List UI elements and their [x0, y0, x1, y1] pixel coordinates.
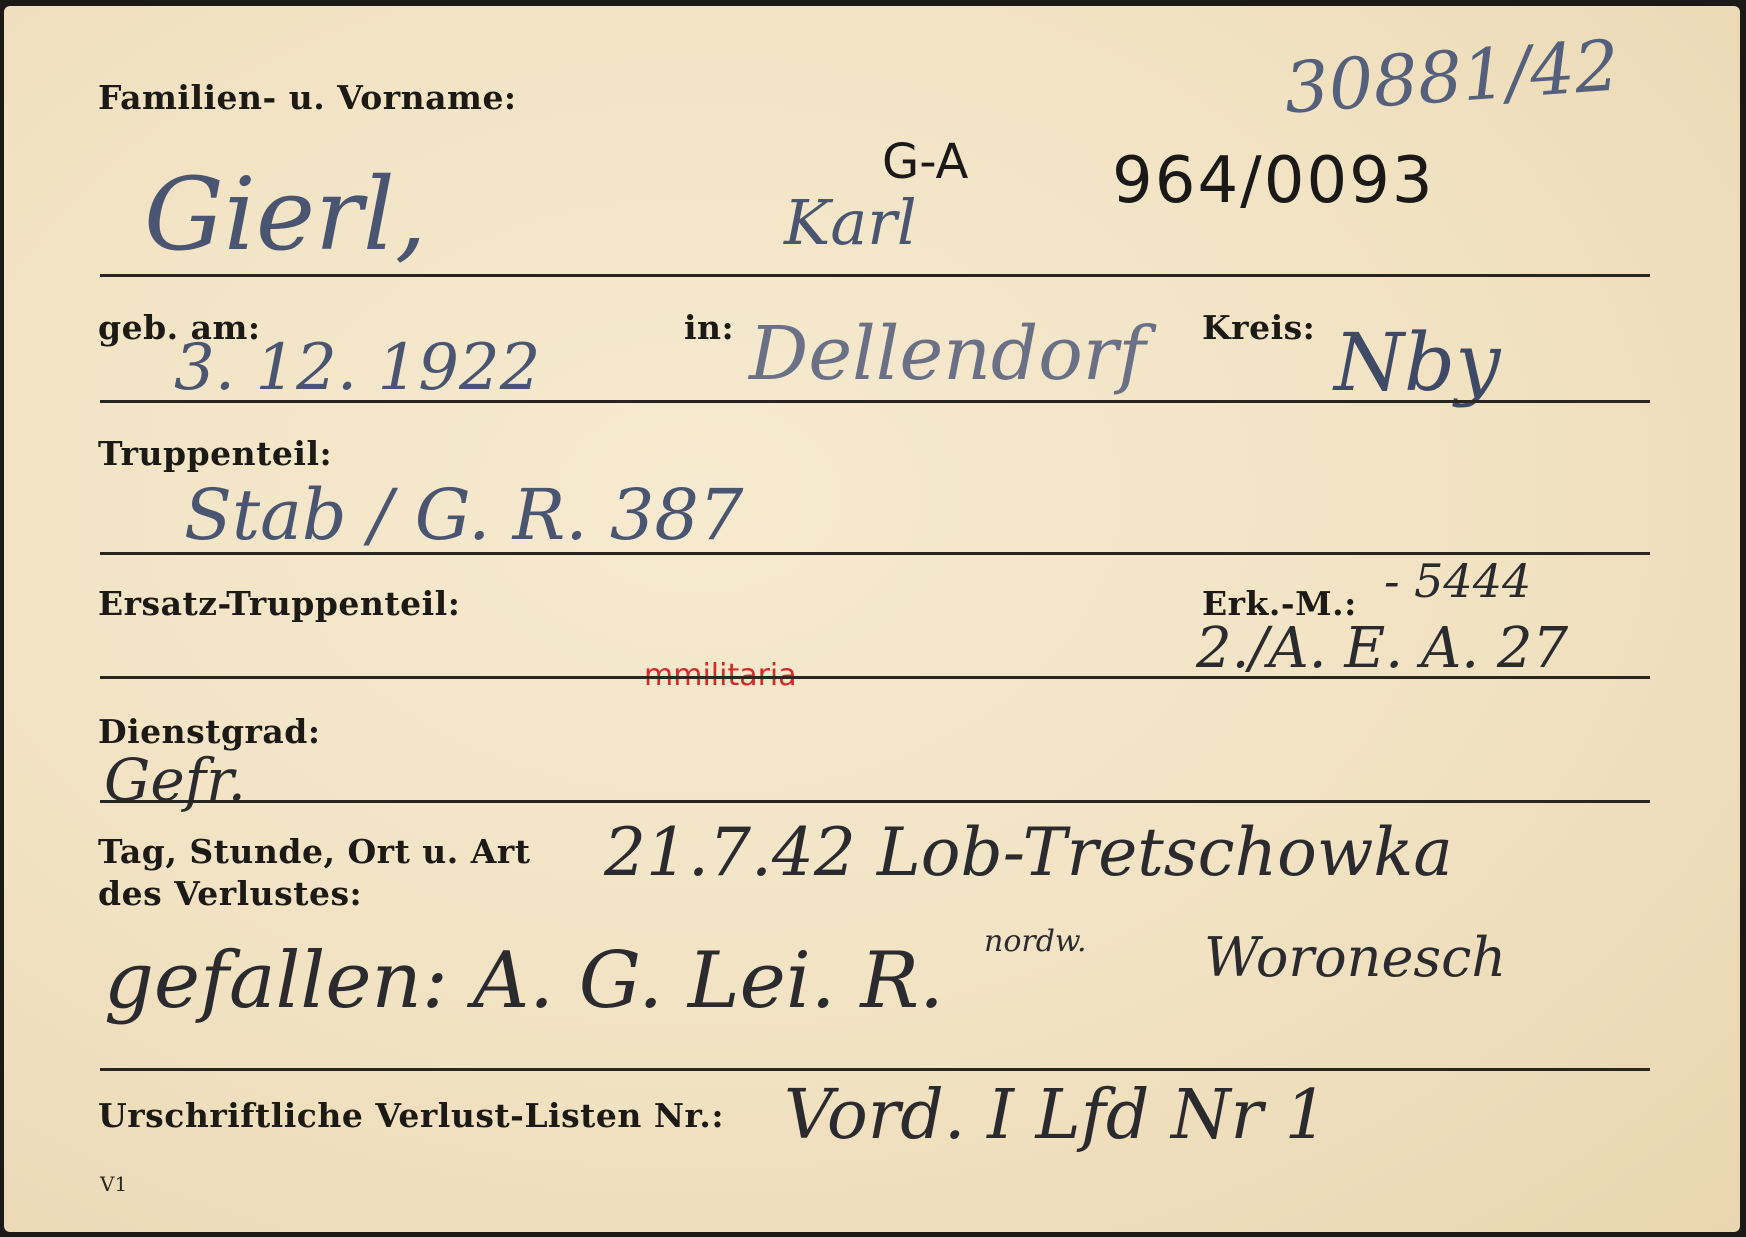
birth-place-label: in: [684, 308, 734, 347]
stamp-prefix: G-A [882, 134, 968, 190]
archive-reference: 30881/42 [1282, 24, 1622, 129]
loss-place: Woronesch [1204, 926, 1506, 989]
divider [100, 676, 1650, 679]
stamp-number: 964/0093 [1112, 144, 1435, 218]
divider [100, 400, 1650, 403]
list-number-value: Vord. I Lfd Nr 1 [784, 1076, 1328, 1155]
district-value: Nby [1334, 316, 1500, 409]
divider [100, 1068, 1650, 1071]
birth-place-value: Dellendorf [749, 311, 1146, 397]
district-label: Kreis: [1202, 308, 1315, 347]
loss-label-line1: Tag, Stunde, Ort u. Art [98, 832, 531, 871]
divider [100, 800, 1650, 803]
birth-date-value: 3. 12. 1922 [174, 331, 540, 405]
unit-label: Truppenteil: [98, 434, 332, 473]
loss-detail: gefallen: A. G. Lei. R. [104, 936, 944, 1026]
name-label: Familien- u. Vorname: [98, 78, 517, 117]
loss-date-place: 21.7.42 Lob-Tretschowka [604, 814, 1453, 891]
surname-value: Gierl, [144, 156, 427, 273]
loss-detail-superscript: nordw. [984, 924, 1087, 959]
id-tag-unit: 2./A. E. A. 27 [1196, 616, 1568, 681]
form-code: V1 [100, 1172, 127, 1196]
casualty-card: 30881/42 G-A 964/0093 Familien- u. Vorna… [4, 6, 1740, 1232]
id-tag-number: - 5444 [1384, 554, 1531, 608]
divider [100, 274, 1650, 277]
list-number-label: Urschriftliche Verlust-Listen Nr.: [98, 1096, 724, 1135]
unit-value: Stab / G. R. 387 [184, 474, 743, 556]
given-name-value: Karl [784, 186, 917, 259]
replacement-unit-label: Ersatz-Truppenteil: [98, 584, 460, 623]
loss-label-line2: des Verlustes: [98, 874, 362, 913]
rank-value: Gefr. [104, 746, 246, 814]
